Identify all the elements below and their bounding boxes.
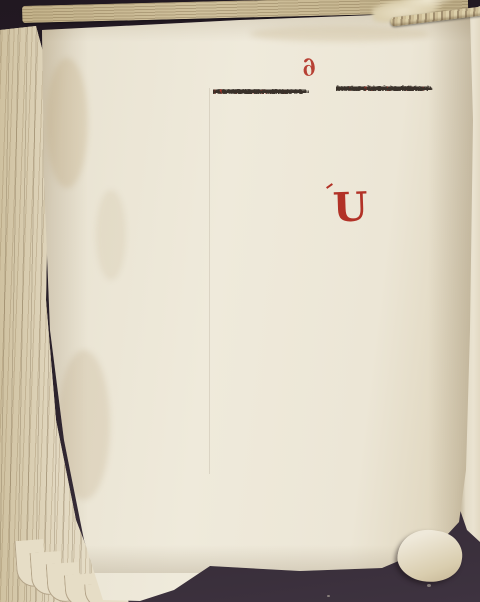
pilcrow-rubric: ¶ (219, 89, 222, 97)
text-line: ſitiõis ſ̃m ſurſum q̄ deorſum videt̃ q̄ … (336, 85, 422, 93)
debris-speck (327, 595, 330, 597)
book-photograph: ∂ de ſacramẽtis. p̃ria mõtiõa ipis ĩ quo… (0, 0, 480, 602)
parchment-stain (46, 58, 88, 188)
rubricated-initial: U (332, 185, 364, 232)
ruling-line (209, 88, 210, 474)
parchment-stain (250, 26, 430, 42)
text-line: ſo. ¶Ad illud qd obicit̃ q̄ nox et dies … (213, 89, 295, 97)
debris-speck (427, 584, 431, 587)
parchment-stain (96, 190, 126, 280)
folio-signature-mark: ∂ (298, 46, 339, 87)
